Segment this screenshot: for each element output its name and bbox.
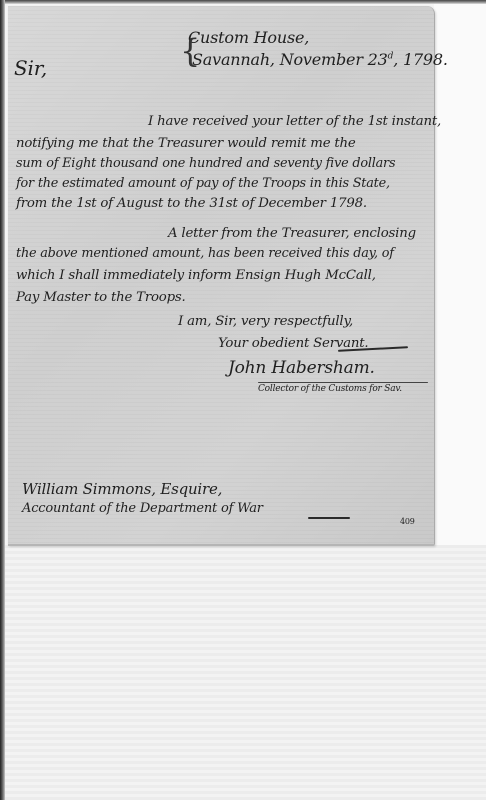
signature: John Habersham. [228,358,375,378]
body-line: I have received your letter of the 1st i… [148,114,441,129]
scan-border-left [0,0,5,800]
heading-date: Savannah, November 23 [192,50,388,69]
addressee-flourish [308,517,350,519]
body-line: the above mentioned amount, has been rec… [16,246,394,261]
heading-year: , 1798. [393,50,448,69]
letter-page: Custom House, { Savannah, November 23d, … [8,6,435,546]
addressee-title: Accountant of the Department of War [22,501,263,516]
closing-line: I am, Sir, very respectfully, [178,314,353,329]
addressee-name: William Simmons, Esquire, [22,480,222,498]
salutation: Sir, [14,56,47,80]
page-number: 409 [400,517,415,526]
scan-border-top [0,0,486,4]
body-line: sum of Eight thousand one hundred and se… [16,156,395,171]
signature-title: Collector of the Customs for Sav. [258,384,402,394]
heading-place-line2: Savannah, November 23d, 1798. [192,50,448,69]
scan-background [5,545,486,800]
signature-underline [258,382,428,383]
body-line: from the 1st of August to the 31st of De… [16,196,367,211]
body-line: Pay Master to the Troops. [16,290,186,305]
body-line: which I shall immediately inform Ensign … [16,268,376,283]
heading-place-line1: Custom House, [188,28,309,47]
body-line: for the estimated amount of pay of the T… [16,176,390,191]
body-line: A letter from the Treasurer, enclosing [168,226,416,241]
body-line: notifying me that the Treasurer would re… [16,136,356,151]
